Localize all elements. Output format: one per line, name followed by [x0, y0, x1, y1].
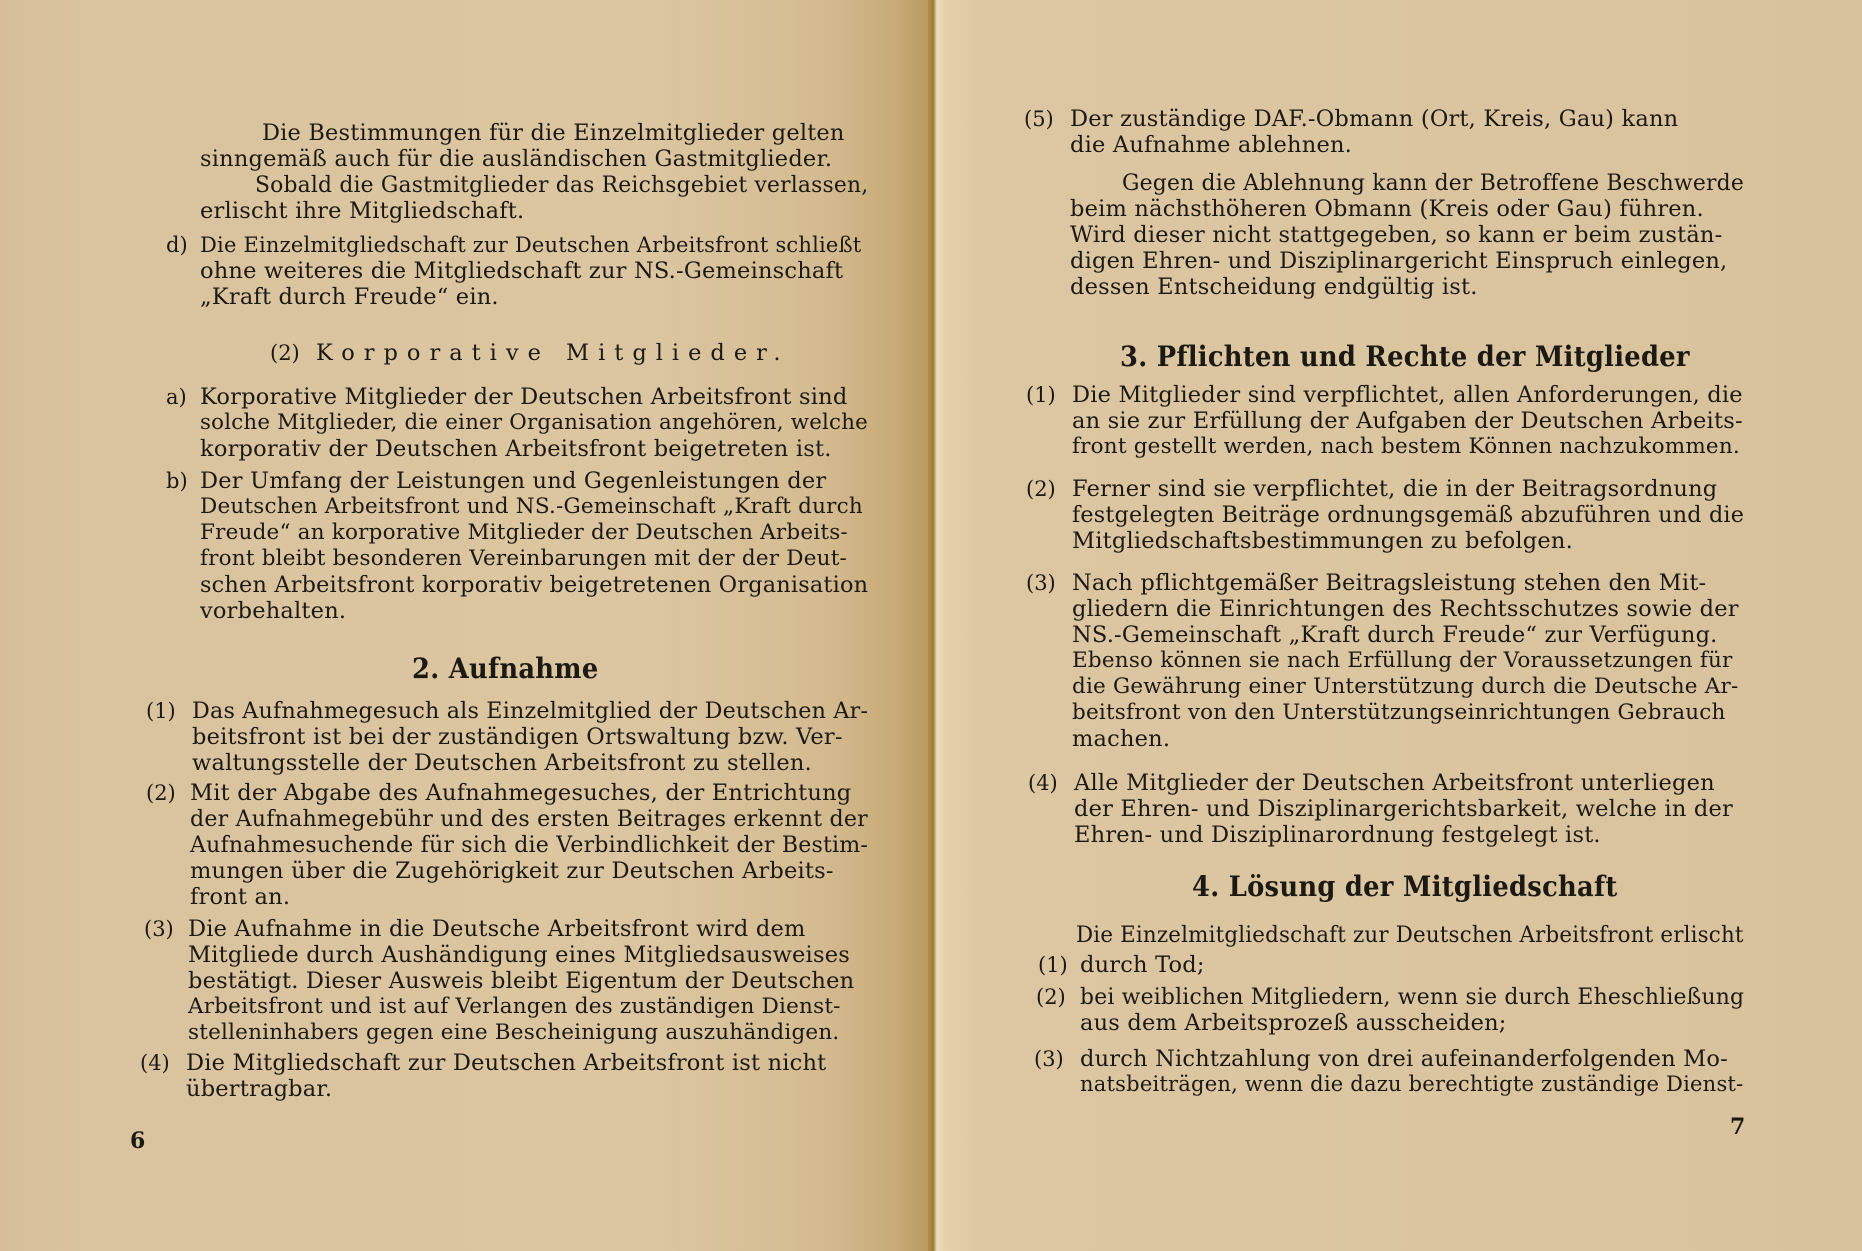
text-line: NS.-Gemeinschaft „Kraft durch Freude“ zu… — [1072, 622, 1718, 648]
text-line: Gegen die Ablehnung kann der Betroffene … — [1122, 170, 1744, 196]
text-line: festgelegten Beiträge ordnungsgemäß abzu… — [1072, 502, 1744, 528]
text-line: Die Mitgliedschaft zur Deutschen Arbeits… — [186, 1050, 826, 1076]
page-number: 6 — [130, 1128, 145, 1154]
page-number: 7 — [1730, 1114, 1745, 1140]
text-line: waltungsstelle der Deutschen Arbeitsfron… — [192, 750, 812, 776]
text-line: beitsfront von den Unterstützungseinrich… — [1072, 700, 1726, 726]
text-line: Korporative Mitglieder der Deutschen Arb… — [200, 384, 847, 410]
text-line: Ferner sind sie verpflichtet, die in der… — [1072, 476, 1717, 502]
section-heading: 3. Pflichten und Rechte der Mitglieder — [1120, 340, 1690, 374]
text-line: Die Einzelmitgliedschaft zur Deutschen A… — [1076, 922, 1744, 948]
text-line: Wird dieser nicht stattgegeben, so kann … — [1070, 222, 1722, 248]
list-marker: b) — [166, 468, 188, 494]
text-line: Ehren- und Disziplinarordnung festgelegt… — [1074, 822, 1601, 848]
text-line: durch Nichtzahlung von drei aufeinanderf… — [1080, 1046, 1728, 1072]
list-marker: (3) — [144, 916, 174, 942]
text-line: vorbehalten. — [200, 598, 346, 624]
subsection-number: (2) — [270, 340, 300, 366]
subsection-title: Korporative Mitglieder. — [316, 340, 790, 366]
text-line: übertragbar. — [186, 1076, 332, 1102]
text-line: dessen Entscheidung endgültig ist. — [1070, 274, 1478, 300]
list-marker: (1) — [1026, 382, 1056, 408]
text-line: an sie zur Erfüllung der Aufgaben der De… — [1072, 408, 1743, 434]
text-line: front an. — [190, 884, 290, 910]
text-line: Aufnahmesuchende für sich die Verbindlic… — [190, 832, 868, 858]
text-line: Mitgliede durch Aushändigung eines Mitgl… — [188, 942, 850, 968]
text-line: Deutschen Arbeitsfront und NS.-Gemeinsch… — [200, 494, 863, 520]
text-line: front gestellt werden, nach bestem Könne… — [1072, 434, 1740, 460]
list-marker: d) — [166, 232, 188, 258]
text-line: bei weiblichen Mitgliedern, wenn sie dur… — [1080, 984, 1744, 1010]
text-line: stelleninhabers gegen eine Bescheinigung… — [188, 1020, 839, 1046]
text-line: aus dem Arbeitsprozeß ausscheiden; — [1080, 1010, 1507, 1036]
text-line: digen Ehren- und Disziplinargericht Eins… — [1070, 248, 1727, 274]
text-line: Sobald die Gastmitglieder das Reichsgebi… — [255, 172, 868, 198]
text-line: beitsfront ist bei der zuständigen Ortsw… — [192, 724, 843, 750]
text-line: mungen über die Zugehörigkeit zur Deutsc… — [190, 858, 834, 884]
text-line: machen. — [1072, 726, 1170, 752]
list-marker: (1) — [146, 698, 176, 724]
text-line: Die Aufnahme in die Deutsche Arbeitsfron… — [188, 916, 806, 942]
text-line: Das Aufnahmegesuch als Einzelmitglied de… — [192, 698, 868, 724]
list-marker: (3) — [1026, 570, 1056, 596]
text-line: Ebenso können sie nach Erfüllung der Vor… — [1072, 648, 1733, 674]
list-marker: (2) — [1026, 476, 1056, 502]
list-marker: (4) — [1028, 770, 1058, 796]
text-line: beim nächsthöheren Obmann (Kreis oder Ga… — [1070, 196, 1704, 222]
text-line: Arbeitsfront und ist auf Verlangen des z… — [188, 994, 841, 1020]
list-marker: (5) — [1024, 106, 1054, 132]
text-line: Die Einzelmitgliedschaft zur Deutschen A… — [200, 232, 861, 258]
section-heading: 4. Lösung der Mitgliedschaft — [1192, 870, 1618, 904]
text-line: korporativ der Deutschen Arbeitsfront be… — [200, 436, 832, 462]
text-line: natsbeiträgen, wenn die dazu berechtigte… — [1080, 1072, 1743, 1098]
text-line: bestätigt. Dieser Ausweis bleibt Eigentu… — [188, 968, 854, 994]
section-heading: 2. Aufnahme — [412, 652, 599, 686]
book-gutter — [928, 0, 937, 1251]
text-line: der Aufnahmegebühr und des ersten Beitra… — [190, 806, 868, 832]
text-line: solche Mitglieder, die einer Organisatio… — [200, 410, 868, 436]
text-line: schen Arbeitsfront korporativ beigetrete… — [200, 572, 868, 598]
text-line: Alle Mitglieder der Deutschen Arbeitsfro… — [1074, 770, 1715, 796]
text-line: ohne weiteres die Mitgliedschaft zur NS.… — [200, 258, 843, 284]
list-marker: (3) — [1034, 1046, 1064, 1072]
text-line: die Gewährung einer Unterstützung durch … — [1072, 674, 1738, 700]
list-marker: (4) — [140, 1050, 170, 1076]
text-line: Mit der Abgabe des Aufnahmegesuches, der… — [190, 780, 851, 806]
text-line: die Aufnahme ablehnen. — [1070, 132, 1352, 158]
text-line: Freude“ an korporative Mitglieder der De… — [200, 520, 848, 546]
text-line: Die Bestimmungen für die Einzelmitgliede… — [262, 120, 868, 146]
text-line: Mitgliedschaftsbestimmungen zu befolgen. — [1072, 528, 1573, 554]
list-marker: a) — [166, 384, 187, 410]
text-line: erlischt ihre Mitgliedschaft. — [200, 198, 524, 224]
text-line: Der Umfang der Leistungen und Gegenleist… — [200, 468, 826, 494]
list-marker: (2) — [1036, 984, 1066, 1010]
text-line: front bleibt besonderen Vereinbarungen m… — [200, 546, 847, 572]
list-marker: (1) — [1038, 952, 1068, 978]
text-line: gliedern die Einrichtungen des Rechtssch… — [1072, 596, 1739, 622]
text-line: Nach pflichtgemäßer Beitragsleistung ste… — [1072, 570, 1706, 596]
list-marker: (2) — [146, 780, 176, 806]
text-line: Der zuständige DAF.-Obmann (Ort, Kreis, … — [1070, 106, 1678, 132]
text-line: sinngemäß auch für die ausländischen Gas… — [200, 146, 832, 172]
text-line: der Ehren- und Disziplinargerichtsbarkei… — [1074, 796, 1733, 822]
text-line: durch Tod; — [1080, 952, 1205, 978]
text-line: Die Mitglieder sind verpflichtet, allen … — [1072, 382, 1743, 408]
text-line: „Kraft durch Freude“ ein. — [200, 284, 499, 310]
